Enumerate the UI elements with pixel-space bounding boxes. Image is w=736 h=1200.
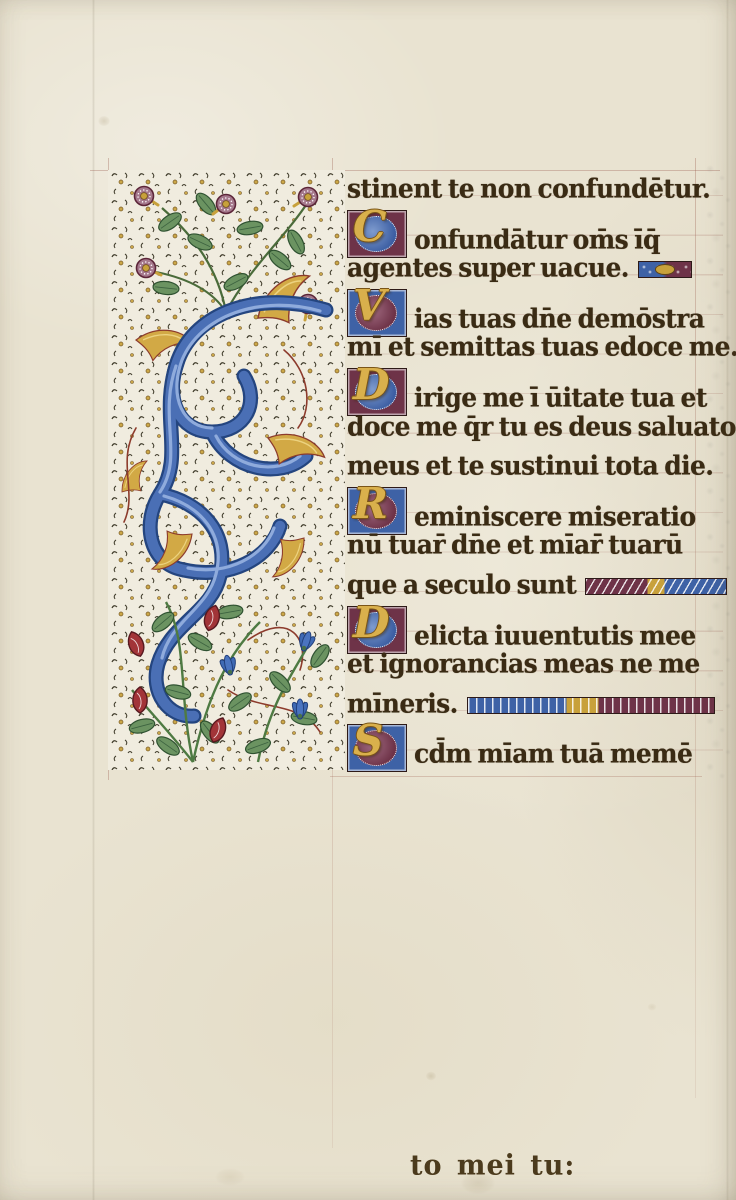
text-line: Scd̄m mīam tuā memē [347,724,723,764]
text-line: Reminiscere miseratio [347,487,723,527]
ruling-line-bottom [330,776,702,777]
initial-letter: D [353,362,389,408]
line-text: et ignorancias meas ne me [347,643,700,685]
manuscript-page: stinent te non confundētur.Confundātur o… [0,0,736,1200]
line-filler [638,261,692,278]
text-line: mī et semittas tuas edoce me. [347,328,723,368]
text-block: stinent te non confundētur.Confundātur o… [347,170,723,766]
text-line: stinent te non confundētur. [347,170,723,210]
text-line: Dirige me ī ūitate tua et [347,368,723,408]
catchword: to mei tu: [410,1149,575,1182]
text-line: meus et te sustinui tota die. [347,447,723,487]
text-line: Vias tuas dn̄e demōstra [347,289,723,329]
text-line: mīneris. [347,685,723,725]
illuminated-initial: S [347,724,407,772]
line-text: cd̄m mīam tuā memē [414,733,692,775]
text-line: et ignorancias meas ne me [347,645,723,685]
text-line: Confundātur om̄s īq̄ [347,210,723,250]
initial-letter: V [353,283,386,329]
line-text: stinent te non confundētur. [347,168,710,210]
parchment-stain [646,1002,658,1012]
text-line: nū tuar̄ dn̄e et mīar̄ tuarū [347,526,723,566]
text-line: agentes super uacue. [347,249,723,289]
initial-letter: S [353,718,383,764]
parchment-stain [424,1070,438,1082]
line-text: mī et semittas tuas edoce me. [347,326,736,368]
line-filler [467,697,715,714]
text-line: que a seculo sunt [347,566,723,606]
initial-letter: R [353,481,388,527]
parchment-stain [210,1165,250,1189]
vertical-crease [92,0,95,1200]
initial-letter: C [353,204,386,250]
vertical-crease [726,0,729,1200]
line-text: meus et te sustinui tota die. [347,445,713,487]
initial-letter: D [353,600,389,646]
line-filler [585,578,727,595]
line-text: nū tuar̄ dn̄e et mīar̄ tuarū [347,524,683,566]
line-text: agentes super uacue. [347,247,629,289]
illuminated-border [108,170,345,770]
text-line: doce me q̄r tu es deus saluator [347,408,723,448]
line-text: doce me q̄r tu es deus saluator [347,405,736,447]
parchment-stain [96,114,112,128]
text-line: Delicta iuuentutis mee [347,606,723,646]
